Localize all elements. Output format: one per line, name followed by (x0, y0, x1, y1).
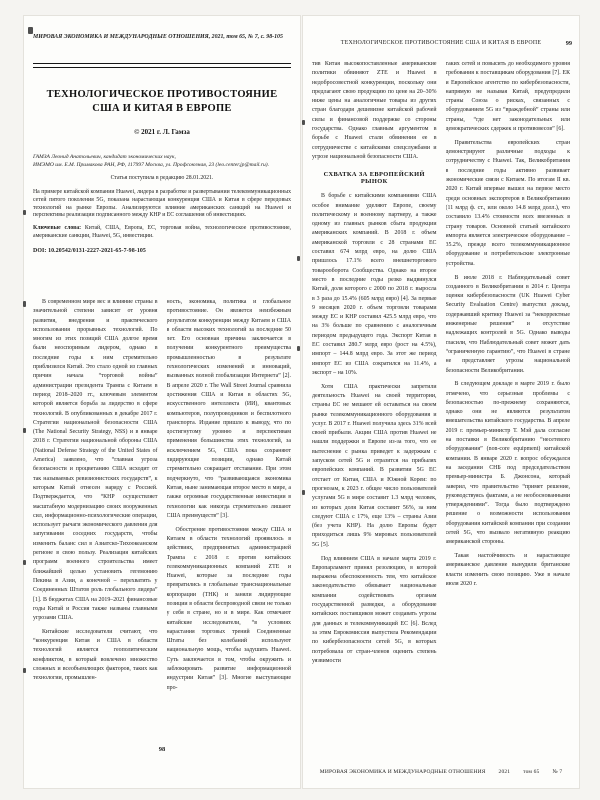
scan-artifact (297, 256, 300, 261)
paragraph: Китайские исследователи считают, что “ко… (33, 628, 158, 684)
abstract-text: На примере китайской компании Huawei, ли… (33, 189, 291, 220)
journal-header-line: МИРОВАЯ ЭКОНОМИКА И МЕЖДУНАРОДНЫЕ ОТНОШЕ… (33, 34, 291, 41)
footer-volume: том 65 (523, 769, 539, 775)
footer-journal-name: МИРОВАЯ ЭКОНОМИКА И МЕЖДУНАРОДНЫЕ ОТНОШЕ… (320, 769, 486, 775)
body-columns-p1: В современном мире вес и влияние страны … (33, 298, 291, 734)
page-number-left: 98 (24, 746, 300, 753)
footer-journal-line: МИРОВАЯ ЭКОНОМИКА И МЕЖДУНАРОДНЫЕ ОТНОШЕ… (312, 769, 570, 775)
paragraph: Обострение противостояния между США и Ки… (167, 526, 292, 693)
page-right: ТЕХНОЛОГИЧЕСКОЕ ПРОТИВОСТОЯНИЕ США И КИТ… (303, 16, 579, 788)
scan-artifact (23, 560, 26, 565)
paragraph: В следующем докладе в марте 2019 г. было… (446, 380, 571, 547)
paragraph: тив Китая высокопоставленные американски… (312, 60, 437, 162)
header-double-rule (33, 63, 291, 68)
scan-artifact (302, 490, 305, 495)
section-heading: СХВАТКА ЗА ЕВРОПЕЙСКИЙ РЫНОК (312, 171, 437, 185)
scan-artifact (28, 27, 33, 34)
running-header: ТЕХНОЛОГИЧЕСКОЕ ПРОТИВОСТОЯНИЕ США И КИТ… (317, 40, 565, 46)
column-2: ность, экономика, политика и глобальное … (167, 298, 292, 734)
scan-artifact (23, 301, 26, 307)
scan-artifact (302, 120, 305, 125)
keywords-block: Ключевые слова: Китай, США, Европа, ЕС, … (33, 225, 291, 241)
page-number-right: 99 (566, 40, 572, 47)
paragraph: Хотя США практически запретили деятельно… (312, 383, 437, 550)
article-title: ТЕХНОЛОГИЧЕСКОЕ ПРОТИВОСТОЯНИЕ США И КИТ… (30, 88, 294, 115)
footer-issue: № 7 (552, 769, 562, 775)
paragraph: Под влиянием США в начале марта 2019 г. … (312, 555, 437, 667)
paragraph: таких сетей и повысить до необходимого у… (446, 60, 571, 134)
paragraph: Правительства европейских стран демонстр… (446, 139, 571, 269)
paragraph: ность, экономика, политика и глобальное … (167, 298, 292, 521)
paragraph: В борьбе с китайскими компаниями США осо… (312, 192, 437, 378)
scan-artifact (23, 428, 26, 433)
affiliation-line2: ИМЭМО им. Е.М. Примакова РАН, РФ, 117997… (33, 162, 291, 170)
copyright-author-line: © 2021 г. Л. Гамза (24, 128, 300, 136)
column-1: тив Китая высокопоставленные американски… (312, 60, 437, 756)
keywords-label: Ключевые слова: (33, 225, 81, 231)
scan-artifact (23, 210, 26, 215)
page-left: МИРОВАЯ ЭКОНОМИКА И МЕЖДУНАРОДНЫЕ ОТНОШЕ… (24, 16, 300, 788)
author-affiliation: ГАМЗА Леонид Анатольевич, кандидат эконо… (33, 154, 291, 169)
body-columns-p2: тив Китая высокопоставленные американски… (312, 60, 570, 756)
paragraph: В июле 2018 г. Наблюдательный совет созд… (446, 274, 571, 376)
article-title-line2: США И КИТАЯ В ЕВРОПЕ (30, 102, 294, 116)
scan-artifact (297, 346, 300, 351)
scan-artifact (23, 668, 26, 673)
paragraph: Такая настойчивость и нарастающее америк… (446, 552, 571, 589)
footer-year: 2021 (499, 769, 511, 775)
column-2: таких сетей и повысить до необходимого у… (446, 60, 571, 756)
frontmatter: ГАМЗА Леонид Анатольевич, кандидат эконо… (33, 154, 291, 254)
received-date-line: Статья поступила в редакцию 28.01.2021. (33, 175, 291, 181)
column-1: В современном мире вес и влияние страны … (33, 298, 158, 734)
doi-line: DOI: 10.20542/0131-2227-2021-65-7-98-105 (33, 248, 291, 254)
paragraph: В современном мире вес и влияние страны … (33, 298, 158, 623)
journal-spread: МИРОВАЯ ЭКОНОМИКА И МЕЖДУНАРОДНЫЕ ОТНОШЕ… (0, 0, 600, 800)
affiliation-line1: ГАМЗА Леонид Анатольевич, кандидат эконо… (33, 154, 291, 162)
article-title-line1: ТЕХНОЛОГИЧЕСКОЕ ПРОТИВОСТОЯНИЕ (30, 88, 294, 102)
